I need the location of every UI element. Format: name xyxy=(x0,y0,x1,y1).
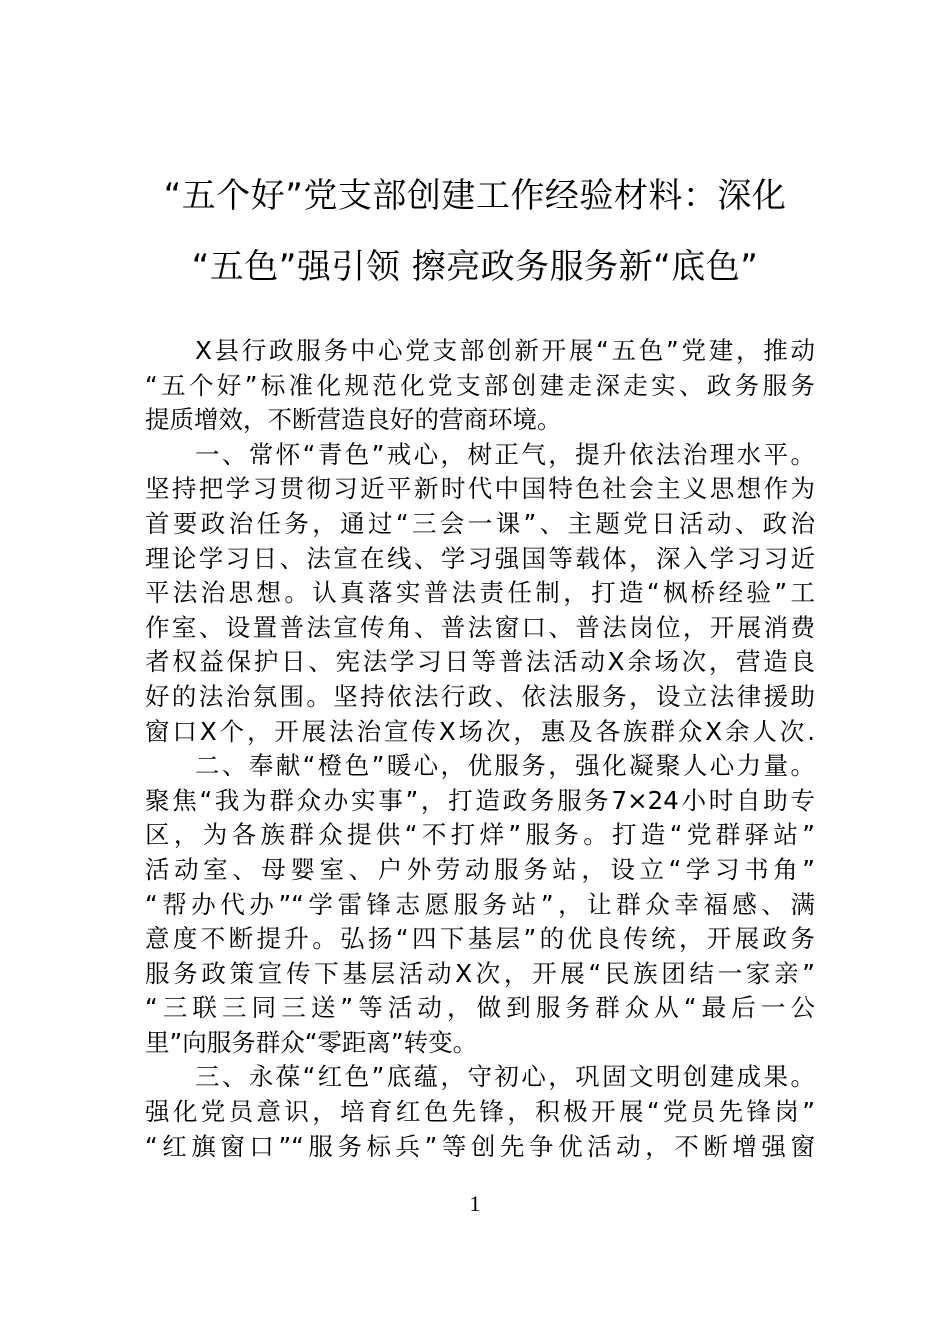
text-line: 窗口X个，开展法治宣传X场次，惠及各族群众X余人次. xyxy=(145,715,815,750)
text-line: 理论学习日、法宣在线、学习强国等载体，深入学习习近 xyxy=(145,542,815,577)
text-line: “帮办代办”“学雷锋志愿服务站”，让群众幸福感、满 xyxy=(145,888,815,923)
paragraph-intro: X县行政服务中心党支部创新开展“五色”党建，推动 “五个好”标准化规范化党支部创… xyxy=(145,334,815,438)
text-line: 首要政治任务，通过“三会一课”、主题党日活动、政治 xyxy=(145,507,815,542)
paragraph-section-2: 二、奉献“橙色”暖心，优服务，强化凝聚人心力量。 聚焦“我为群众办实事”，打造政… xyxy=(145,749,815,1060)
text-line: “红旗窗口”“服务标兵”等创先争优活动，不断增强窗 xyxy=(145,1130,815,1165)
text-line: “三联三同三送”等活动，做到服务群众从“最后一公 xyxy=(145,991,815,1026)
section-heading-line: 二、奉献“橙色”暖心，优服务，强化凝聚人心力量。 xyxy=(145,749,815,784)
text-line: “五个好”标准化规范化党支部创建走深走实、政务服务 xyxy=(145,369,815,404)
page-number: 1 xyxy=(0,1190,950,1218)
text-line: 强化党员意识，培育红色先锋，积极开展“党员先锋岗” xyxy=(145,1095,815,1130)
text-line: 作室、设置普法宣传角、普法窗口、普法岗位，开展消费 xyxy=(145,611,815,646)
text-line: X县行政服务中心党支部创新开展“五色”党建，推动 xyxy=(145,334,815,369)
text-line: 者权益保护日、宪法学习日等普法活动X余场次，营造良 xyxy=(145,645,815,680)
document-title-line-2: “五色”强引领 擦亮政务服务新“底色” xyxy=(120,247,830,287)
section-heading-line: 三、永葆“红色”底蕴，守初心，巩固文明创建成果。 xyxy=(145,1060,815,1095)
paragraph-section-1: 一、常怀“青色”戒心，树正气，提升依法治理水平。 坚持把学习贯彻习近平新时代中国… xyxy=(145,438,815,749)
text-line: 聚焦“我为群众办实事”，打造政务服务7×24小时自助专 xyxy=(145,784,815,819)
text-line: 意度不断提升。弘扬“四下基层”的优良传统，开展政务 xyxy=(145,922,815,957)
text-line: 区，为各族群众提供“不打烊”服务。打造“党群驿站” xyxy=(145,818,815,853)
document-body: X县行政服务中心党支部创新开展“五色”党建，推动 “五个好”标准化规范化党支部创… xyxy=(145,334,815,1164)
text-line: 服务政策宣传下基层活动X次，开展“民族团结一家亲” xyxy=(145,957,815,992)
text-line: 里”向服务群众“零距离”转变。 xyxy=(145,1026,815,1061)
text-line: 好的法治氛围。坚持依法行政、依法服务，设立法律援助 xyxy=(145,680,815,715)
text-line: 坚持把学习贯彻习近平新时代中国特色社会主义思想作为 xyxy=(145,472,815,507)
paragraph-section-3: 三、永葆“红色”底蕴，守初心，巩固文明创建成果。 强化党员意识，培育红色先锋，积… xyxy=(145,1060,815,1164)
text-line: 平法治思想。认真落实普法责任制，打造“枫桥经验”工 xyxy=(145,576,815,611)
text-line: 提质增效，不断营造良好的营商环境。 xyxy=(145,403,815,438)
section-heading-line: 一、常怀“青色”戒心，树正气，提升依法治理水平。 xyxy=(145,438,815,473)
document-title-line-1: “五个好”党支部创建工作经验材料：深化 xyxy=(120,176,830,216)
document-page: “五个好”党支部创建工作经验材料：深化 “五色”强引领 擦亮政务服务新“底色” … xyxy=(0,0,950,1344)
text-line: 活动室、母婴室、户外劳动服务站，设立“学习书角” xyxy=(145,853,815,888)
